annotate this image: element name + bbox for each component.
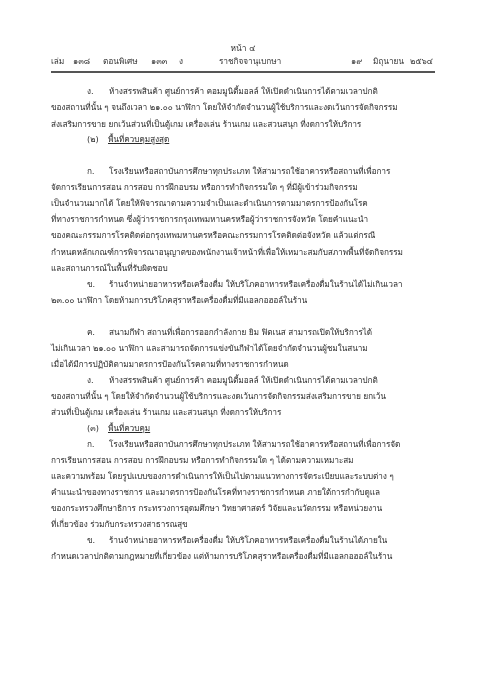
clause-text: ร้านจำหน่ายอาหารหรือเครื่องดื่ม ให้บริโภ… [109,535,387,545]
section-heading: (๒)พื้นที่ควบคุมสูงสุด [87,133,471,145]
issue-suffix: ง [179,55,183,68]
body-line: จัดการเรียนการสอน การสอบ การฝึกอบรม หรือ… [51,181,435,193]
clause-line: ก.โรงเรียนหรือสถาบันการศึกษาทุกประเภท ให… [87,438,471,450]
body-line: ไม่เกินเวลา ๒๑.๐๐ นาฬิกา และสามารถจัดการ… [51,342,435,354]
body-line: เป็นจำนวนมากได้ โดยให้พิจารณาตามความจำเป… [51,197,435,209]
body-line: ของสถานที่นั้น ๆ โดยให้จำกัดจำนวนผู้ใช้บ… [51,390,435,402]
clause-marker: ข. [87,278,109,290]
volume-label: เล่ม [51,55,64,68]
date-year: ๒๕๖๔ [410,55,433,68]
body-line: ส่งเสริมการขาย ยกเว้นส่วนที่เป็นตู้เกม เ… [51,118,435,130]
body-line: และสถานการณ์ในพื้นที่รับผิดชอบ [51,262,435,274]
body-line: ของกระทรวงศึกษาธิการ กระทรวงการอุดมศึกษา… [51,502,435,514]
issue-number: ๑๓๓ [151,55,167,68]
clause-text: โรงเรียนหรือสถาบันการศึกษาทุกประเภท ให้ส… [109,166,390,176]
body-line: ที่ทางราชการกำหนด ซึ่งผู้ว่าราชการกรุงเท… [51,213,435,225]
page-number: หน้า ๔ [51,41,435,55]
clause-text: ร้านจำหน่ายอาหารหรือเครื่องดื่ม ให้บริโภ… [109,279,402,289]
body-line: คำแนะนำของทางราชการ และมาตรการป้องกันโรค… [51,486,435,498]
section-number: (๒) [87,133,108,145]
clause-marker: ง. [87,374,109,386]
issue-label: ตอนพิเศษ [103,55,138,68]
clause-marker: ข. [87,534,109,546]
body-line: ของคณะกรรมการโรคติดต่อกรุงเทพมหานครหรือค… [51,229,435,241]
publication-title: ราชกิจจานุเบกษา [219,55,281,68]
clause-marker: ก. [87,438,109,450]
body-line: ๒๓.๐๐ นาฬิกา โดยห้ามการบริโภคสุราหรือเคร… [51,294,435,306]
body-line: การเรียนการสอน การสอบ การฝึกอบรม หรือการ… [51,454,435,466]
body-line: และความพร้อม โดยรูปแบบของการดำเนินการให้… [51,470,435,482]
clause-text: โรงเรียนหรือสถาบันการศึกษาทุกประเภท ให้ส… [109,439,400,449]
section-heading: (๓)พื้นที่ควบคุม [87,422,471,434]
header-divider [51,71,435,73]
gazette-header: เล่ม ๑๓๘ ตอนพิเศษ ๑๓๓ ง ราชกิจจานุเบกษา … [51,55,435,68]
clause-text: สนามกีฬา สถานที่เพื่อการออกกำลังกาย ยิม … [109,327,372,337]
section-title: พื้นที่ควบคุมสูงสุด [108,134,169,144]
clause-line: ค.สนามกีฬา สถานที่เพื่อการออกกำลังกาย ยิ… [87,326,471,338]
body-line: ของสถานที่นั้น ๆ จนถึงเวลา ๒๑.๐๐ นาฬิกา … [51,101,435,113]
clause-line: ง.ห้างสรรพสินค้า ศูนย์การค้า คอมมูนิตี้ม… [87,85,471,97]
date-day: ๑๙ [351,55,362,68]
body-line: กำหนดเวลาปกติตามกฎหมายที่เกี่ยวข้อง แต่ห… [51,550,435,562]
clause-text: ห้างสรรพสินค้า ศูนย์การค้า คอมมูนิตี้มอล… [109,375,378,385]
clause-marker: ง. [87,85,109,97]
clause-line: ก.โรงเรียนหรือสถาบันการศึกษาทุกประเภท ให… [87,165,471,177]
clause-line: ข.ร้านจำหน่ายอาหารหรือเครื่องดื่ม ให้บริ… [87,534,471,546]
date-month: มิถุนายน [373,55,404,68]
body-line: ที่เกี่ยวข้อง ร่วมกับกระทรวงสาธารณสุข [51,518,435,530]
clause-marker: ก. [87,165,109,177]
volume-number: ๑๓๘ [73,55,90,68]
body-line: ส่วนที่เป็นตู้เกม เครื่องเล่น ร้านเกม แล… [51,406,435,418]
section-title: พื้นที่ควบคุม [108,423,150,433]
clause-marker: ค. [87,326,109,338]
clause-text: ห้างสรรพสินค้า ศูนย์การค้า คอมมูนิตี้มอล… [109,86,378,96]
body-line: กำหนดหลักเกณฑ์การพิจารณาอนุญาตของพนักงาน… [51,246,435,258]
clause-line: ง.ห้างสรรพสินค้า ศูนย์การค้า คอมมูนิตี้ม… [87,374,471,386]
clause-line: ข.ร้านจำหน่ายอาหารหรือเครื่องดื่ม ให้บริ… [87,278,471,290]
body-line: เมื่อได้มีการปฏิบัติตามมาตรการป้องกันโรค… [51,358,435,370]
section-number: (๓) [87,422,108,434]
